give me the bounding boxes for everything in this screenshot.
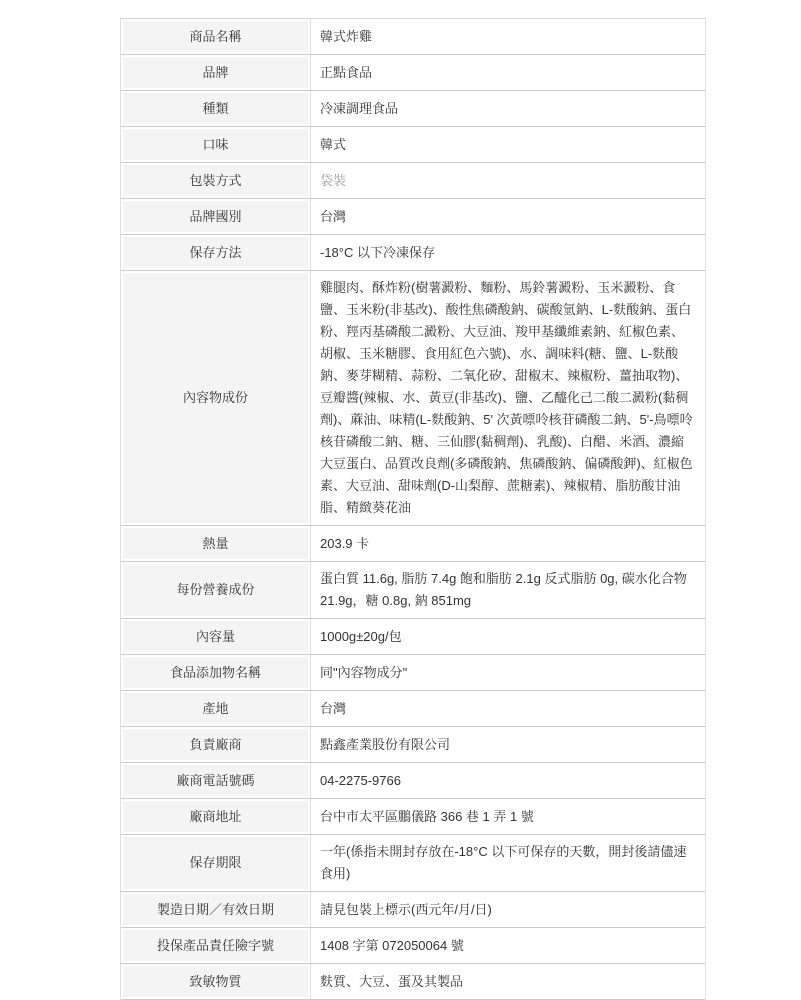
spec-row-label: 商品名稱: [123, 21, 308, 52]
spec-row-label-cell: 每份營養成份: [121, 562, 311, 618]
spec-row: 致敏物質麩質、大豆、蛋及其製品: [121, 964, 705, 1000]
spec-row-label-cell: 廠商電話號碼: [121, 763, 311, 798]
spec-row-label-cell: 種類: [121, 91, 311, 126]
spec-row-value: 1000g±20g/包: [311, 619, 705, 654]
spec-row-label: 口味: [123, 129, 308, 160]
spec-row-label: 品牌國別: [123, 201, 308, 232]
spec-row-label-cell: 內容量: [121, 619, 311, 654]
spec-row-value: 正點食品: [311, 55, 705, 90]
spec-row-value: 麩質、大豆、蛋及其製品: [311, 964, 705, 999]
spec-row-label: 包裝方式: [123, 165, 308, 196]
spec-row-label-cell: 產地: [121, 691, 311, 726]
spec-row: 品牌國別台灣: [121, 199, 705, 235]
spec-row: 品牌正點食品: [121, 55, 705, 91]
spec-row-value: 台灣: [311, 691, 705, 726]
spec-row-value: -18°C 以下冷凍保存: [311, 235, 705, 270]
spec-row: 種類冷凍調理食品: [121, 91, 705, 127]
spec-row-label: 投保產品責任險字號: [123, 930, 308, 961]
spec-row-label: 致敏物質: [123, 966, 308, 997]
spec-row: 熱量203.9 卡: [121, 526, 705, 562]
spec-row-label-cell: 包裝方式: [121, 163, 311, 198]
spec-row-value: 請見包裝上標示(西元年/月/日): [311, 892, 705, 927]
product-spec-table: 商品名稱韓式炸雞品牌正點食品種類冷凍調理食品口味韓式包裝方式袋裝品牌國別台灣保存…: [120, 18, 706, 1000]
spec-row-label: 製造日期／有效日期: [123, 894, 308, 925]
spec-row-value: 一年(係指未開封存放在-18°C 以下可保存的天數，開封後請儘速食用): [311, 835, 705, 891]
spec-row: 包裝方式袋裝: [121, 163, 705, 199]
spec-row-label: 負責廠商: [123, 729, 308, 760]
spec-row-label: 品牌: [123, 57, 308, 88]
spec-row-label: 廠商電話號碼: [123, 765, 308, 796]
spec-row: 保存期限一年(係指未開封存放在-18°C 以下可保存的天數，開封後請儘速食用): [121, 835, 705, 892]
spec-row: 內容量1000g±20g/包: [121, 619, 705, 655]
spec-row-label-cell: 保存方法: [121, 235, 311, 270]
spec-row: 食品添加物名稱同"內容物成分": [121, 655, 705, 691]
spec-row-label: 廠商地址: [123, 801, 308, 832]
spec-row-label: 保存期限: [123, 837, 308, 889]
spec-row-label-cell: 製造日期／有效日期: [121, 892, 311, 927]
spec-row-label-cell: 廠商地址: [121, 799, 311, 834]
spec-row: 內容物成份雞腿肉、酥炸粉(樹薯澱粉、麵粉、馬鈴薯澱粉、玉米澱粉、食鹽、玉米粉(非…: [121, 271, 705, 526]
spec-row-label-cell: 負責廠商: [121, 727, 311, 762]
spec-row-label: 熱量: [123, 528, 308, 559]
spec-row: 廠商地址台中市太平區鵬儀路 366 巷 1 弄 1 號: [121, 799, 705, 835]
spec-row: 產地台灣: [121, 691, 705, 727]
spec-row-value: 點鑫產業股份有限公司: [311, 727, 705, 762]
spec-row: 廠商電話號碼04-2275-9766: [121, 763, 705, 799]
spec-row-label: 保存方法: [123, 237, 308, 268]
spec-row: 每份營養成份蛋白質 11.6g, 脂肪 7.4g 飽和脂肪 2.1g 反式脂肪 …: [121, 562, 705, 619]
spec-row-label: 食品添加物名稱: [123, 657, 308, 688]
spec-row-label-cell: 致敏物質: [121, 964, 311, 999]
spec-row-value: 雞腿肉、酥炸粉(樹薯澱粉、麵粉、馬鈴薯澱粉、玉米澱粉、食鹽、玉米粉(非基改)、酸…: [311, 271, 705, 525]
spec-row-label-cell: 商品名稱: [121, 19, 311, 54]
spec-row-value: 韓式: [311, 127, 705, 162]
spec-row: 保存方法-18°C 以下冷凍保存: [121, 235, 705, 271]
spec-row-label-cell: 食品添加物名稱: [121, 655, 311, 690]
spec-row-label-cell: 熱量: [121, 526, 311, 561]
spec-row-value: 04-2275-9766: [311, 763, 705, 798]
spec-row: 負責廠商點鑫產業股份有限公司: [121, 727, 705, 763]
spec-row: 商品名稱韓式炸雞: [121, 19, 705, 55]
spec-row-value: 韓式炸雞: [311, 19, 705, 54]
spec-row: 口味韓式: [121, 127, 705, 163]
spec-row-value: 同"內容物成分": [311, 655, 705, 690]
spec-row-label-cell: 品牌國別: [121, 199, 311, 234]
spec-row: 投保產品責任險字號1408 字第 072050064 號: [121, 928, 705, 964]
spec-row-label-cell: 口味: [121, 127, 311, 162]
spec-row-value: 蛋白質 11.6g, 脂肪 7.4g 飽和脂肪 2.1g 反式脂肪 0g, 碳水…: [311, 562, 705, 618]
spec-row-value: 冷凍調理食品: [311, 91, 705, 126]
spec-row-label-cell: 品牌: [121, 55, 311, 90]
product-detail-page: 商品名稱韓式炸雞品牌正點食品種類冷凍調理食品口味韓式包裝方式袋裝品牌國別台灣保存…: [0, 0, 801, 1000]
spec-row-value: 203.9 卡: [311, 526, 705, 561]
spec-row-value: 1408 字第 072050064 號: [311, 928, 705, 963]
spec-row-label: 內容物成份: [123, 273, 308, 523]
spec-row-label-cell: 內容物成份: [121, 271, 311, 525]
spec-row-value: 袋裝: [311, 163, 705, 198]
spec-row: 製造日期／有效日期請見包裝上標示(西元年/月/日): [121, 892, 705, 928]
spec-row-label: 每份營養成份: [123, 564, 308, 616]
spec-row-value: 台中市太平區鵬儀路 366 巷 1 弄 1 號: [311, 799, 705, 834]
spec-row-label-cell: 投保產品責任險字號: [121, 928, 311, 963]
spec-row-value: 台灣: [311, 199, 705, 234]
spec-row-label-cell: 保存期限: [121, 835, 311, 891]
spec-row-label: 產地: [123, 693, 308, 724]
spec-row-label: 種類: [123, 93, 308, 124]
spec-row-label: 內容量: [123, 621, 308, 652]
